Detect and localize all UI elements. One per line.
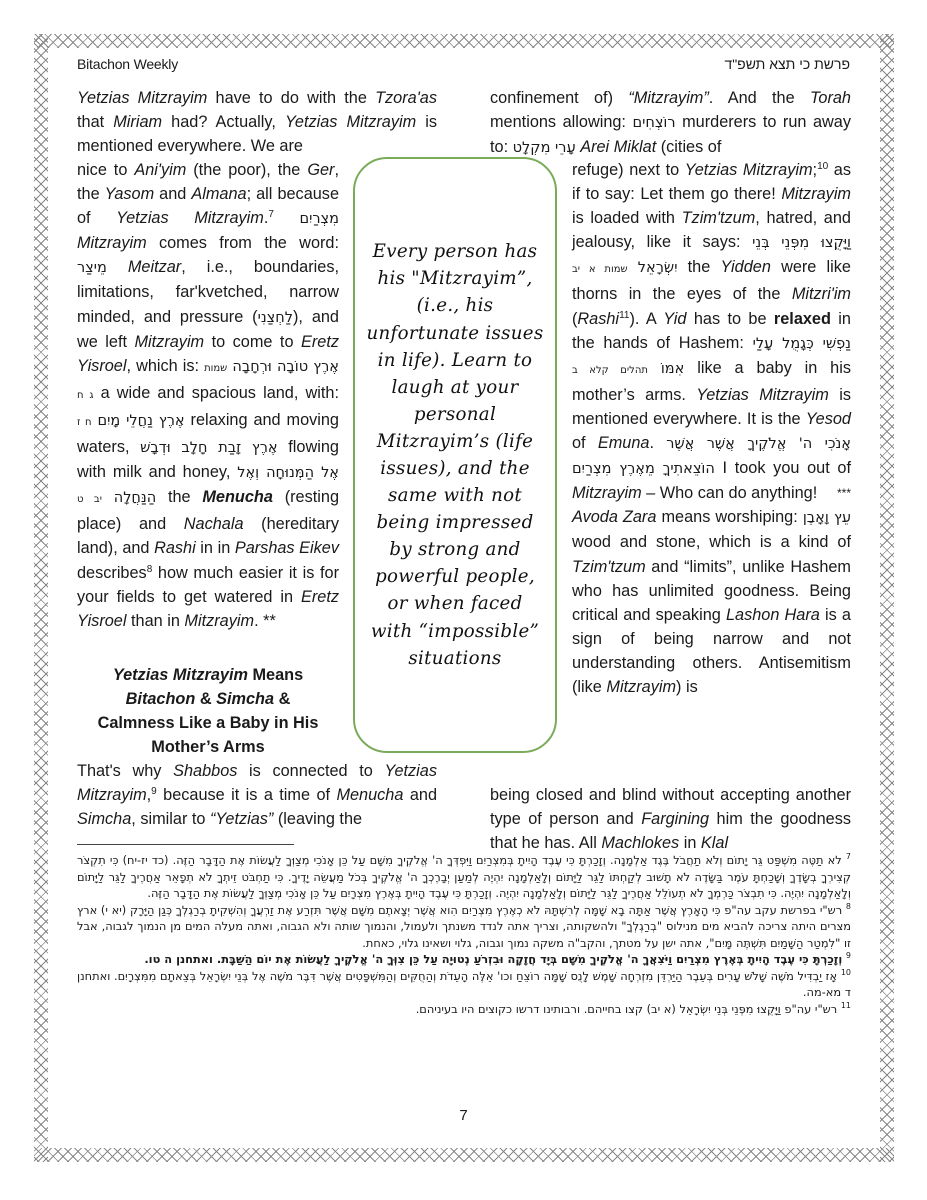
text: because it is a time of xyxy=(157,786,337,804)
paragraph: Yetzias Mitzrayim have to do with the Tz… xyxy=(77,86,437,158)
term: Simcha xyxy=(77,810,131,828)
text: , which is: xyxy=(126,357,204,375)
text: . And the xyxy=(709,89,810,107)
hebrew-reference: שמות א יב xyxy=(572,264,628,275)
footnote-separator xyxy=(77,844,294,845)
footnote-text: רש"י בפרשת עקב עה"פ כִּי הָאָרֶץ אֲשֶׁר … xyxy=(77,903,851,950)
text: (the poor), the xyxy=(186,161,307,179)
section-separator: *** xyxy=(837,481,851,505)
text: , similar to xyxy=(131,810,210,828)
term: Miriam xyxy=(113,113,162,131)
footnote-11: 11 רש"י עה"פ וַיָּקֻצוּ מִפְּנֵי בְּנֵי … xyxy=(77,1001,851,1018)
term: Torah xyxy=(810,89,851,107)
term: Machlokes xyxy=(601,834,679,852)
term: Menucha xyxy=(202,488,273,506)
term: Yesod xyxy=(806,410,851,428)
hebrew-text: מִצְרַיִם xyxy=(300,211,340,227)
text: nice to xyxy=(77,161,134,179)
text: and xyxy=(403,786,437,804)
text: to come to xyxy=(204,333,301,351)
term: Yetzias Mitzrayim xyxy=(77,89,207,107)
term: Yidden xyxy=(720,258,770,276)
paragraph: confinement of) “Mitzrayim”. And the Tor… xyxy=(490,86,851,160)
hebrew-text: אֶרֶץ זָבַת חָלָב וּדְבָשׁ xyxy=(140,440,277,456)
term: Yasom xyxy=(105,185,154,203)
footnote-ref-10[interactable]: 10 xyxy=(817,161,828,172)
heading-line: Bitachon & Simcha & xyxy=(77,687,339,711)
term: Ani'yim xyxy=(134,161,186,179)
text: had? Actually, xyxy=(162,113,285,131)
term: Meitzar xyxy=(128,258,181,276)
text: describes xyxy=(77,564,147,582)
footnote-number: 9 xyxy=(846,951,851,960)
parsha-title: פרשת כי תצא תשפ"ד xyxy=(724,56,850,72)
term: Yetzias xyxy=(285,113,338,131)
term: Tzim'tzum xyxy=(682,209,756,227)
left-column-bottom: That's why Shabbos is connected to Yetzi… xyxy=(77,759,437,831)
text: means worshiping: xyxy=(656,508,802,526)
footnote-number: 7 xyxy=(846,852,851,861)
hebrew-text: רוֹצְחִים xyxy=(632,115,675,131)
term: Yetzias Mitzrayim xyxy=(685,161,813,179)
section-heading: Yetzias Mitzrayim Means Bitachon & Simch… xyxy=(77,663,339,759)
right-column-mid: refuge) next to Yetzias Mitzrayim;10 as … xyxy=(572,158,851,699)
text: . xyxy=(649,434,666,452)
footnote-number: 11 xyxy=(841,1001,851,1010)
term: Emuna xyxy=(598,434,650,452)
term: Rashi xyxy=(577,310,619,328)
term: Bitachon xyxy=(126,690,196,708)
text: (leaving the xyxy=(273,810,362,828)
term: Lashon Hara xyxy=(726,606,820,624)
text: (cities of xyxy=(656,138,721,156)
page-number: 7 xyxy=(0,1107,927,1124)
border-left xyxy=(34,34,48,1162)
text: ) is xyxy=(676,678,698,696)
term: Shabbos xyxy=(173,762,237,780)
term: Ger xyxy=(307,161,334,179)
text: than in xyxy=(126,612,184,630)
term: Avoda Zara xyxy=(572,508,656,526)
text: has to be xyxy=(686,310,773,328)
term: Rashi xyxy=(154,539,196,557)
text: is loaded with xyxy=(572,209,682,227)
paragraph: Avoda Zara means worshiping: עֵץ וָאָבֶן… xyxy=(572,505,851,699)
text: That's why xyxy=(77,762,173,780)
text: have to do with the xyxy=(207,89,375,107)
text: – Who can do anything! xyxy=(642,484,818,502)
term: Yetzias Mitzrayim xyxy=(696,386,829,404)
text: the xyxy=(156,488,202,506)
footnote-number: 8 xyxy=(846,902,851,911)
term: Fargining xyxy=(641,810,709,828)
hebrew-reference: תהלים קלא ב xyxy=(572,365,648,376)
emphasis: relaxed xyxy=(774,310,831,328)
heading-line: Mother’s Arms xyxy=(77,735,339,759)
text: wood and stone, which is a kind of xyxy=(572,533,851,551)
footnote-number: 10 xyxy=(841,968,851,977)
term: Arei Miklat xyxy=(580,138,656,156)
text: & xyxy=(274,690,290,708)
hebrew-text: מֵיצַר xyxy=(77,260,107,276)
text: comes from the word: xyxy=(147,234,339,252)
text: in xyxy=(679,834,701,852)
paragraph: being closed and blind without accepting… xyxy=(490,783,851,855)
footnote-10: 10 אָז יַבְדִּיל מֹשֶׁה שָׁלֹשׁ עָרִים ב… xyxy=(77,968,851,1001)
term: Yetzias Mitzrayim xyxy=(116,209,264,227)
right-column-top: confinement of) “Mitzrayim”. And the Tor… xyxy=(490,86,851,160)
heading-line: Yetzias Mitzrayim Means xyxy=(77,663,339,687)
term: “Mitzrayim” xyxy=(628,89,708,107)
hebrew-text: עֵץ וָאָבֶן xyxy=(803,510,851,526)
term: Tzim'tzum xyxy=(572,558,646,576)
footnote-ref-11[interactable]: 11 xyxy=(619,310,629,321)
publication-title: Bitachon Weekly xyxy=(77,56,178,72)
term: Nachala xyxy=(184,515,244,533)
footnotes: 7 לא תַטֶּה מִשְׁפַּט גֵּר יָתוֹם וְלֹא … xyxy=(77,852,851,1017)
text: ). A xyxy=(629,310,663,328)
term: Mitzrayim xyxy=(781,185,851,203)
pull-quote-text: Every person has his "Mitzrayim”, (i.e.,… xyxy=(365,238,545,672)
term: Mitzrayim xyxy=(134,333,204,351)
hebrew-text: אֶרֶץ טוֹבָה וּרְחָבָה xyxy=(232,359,339,375)
text: the xyxy=(677,258,720,276)
hebrew-reference: ח ז xyxy=(77,417,92,428)
text: of xyxy=(572,434,598,452)
term: Almana xyxy=(191,185,246,203)
term: Mitzri'im xyxy=(792,285,851,303)
right-column-bottom: being closed and blind without accepting… xyxy=(490,783,851,855)
paragraph: That's why Shabbos is connected to Yetzi… xyxy=(77,759,437,831)
footnote-text: רש"י עה"פ וַיָּקֻצוּ מִפְּנֵי בְּנֵי יִש… xyxy=(416,1002,838,1016)
term: Yid xyxy=(663,310,686,328)
hebrew-reference: יב ט xyxy=(77,494,102,505)
footnote-7: 7 לא תַטֶּה מִשְׁפַּט גֵּר יָתוֹם וְלֹא … xyxy=(77,852,851,902)
text: that xyxy=(77,113,113,131)
pull-quote-box: Every person has his "Mitzrayim”, (i.e.,… xyxy=(353,157,557,753)
text: refuge) next to xyxy=(572,161,685,179)
term: Menucha xyxy=(336,786,403,804)
paragraph: nice to Ani'yim (the poor), the Ger, the… xyxy=(77,158,339,633)
footnote-8: 8 רש"י בפרשת עקב עה"פ כִּי הָאָרֶץ אֲשֶׁ… xyxy=(77,902,851,952)
page-header: Bitachon Weekly פרשת כי תצא תשפ"ד xyxy=(77,56,850,76)
term: Simcha xyxy=(216,690,274,708)
footnote-text: וְזָכַרְתָּ כִּי עֶבֶד הָיִיתָ בְּאֶרֶץ … xyxy=(144,952,842,966)
term: Tzora'as xyxy=(375,89,437,107)
text: in in xyxy=(196,539,235,557)
term: “Yetzias” xyxy=(210,810,273,828)
border-top xyxy=(34,34,894,48)
term: Yetzias Mitzrayim xyxy=(113,666,248,684)
heading-line: Calmness Like a Baby in His xyxy=(77,711,339,735)
footnote-ref-7[interactable]: 7 xyxy=(268,209,274,220)
hebrew-text: אֶרֶץ נַחֲלֵי מָיִם xyxy=(97,413,184,429)
border-right xyxy=(880,34,894,1162)
term: Mitzrayim xyxy=(77,234,147,252)
text: I took you out of xyxy=(715,459,851,477)
text: & xyxy=(195,690,216,708)
footnote-text: אָז יַבְדִּיל מֹשֶׁה שָׁלֹשׁ עָרִים בְּע… xyxy=(77,969,851,1000)
hebrew-text: לַחְצַנִי xyxy=(258,310,293,326)
paragraph: refuge) next to Yetzias Mitzrayim;10 as … xyxy=(572,158,851,505)
term: Parshas Eikev xyxy=(235,539,339,557)
term: Klal xyxy=(701,834,728,852)
text: is connected to xyxy=(237,762,384,780)
text: a wide and spacious land, with: xyxy=(93,384,339,402)
term: Mitzrayim xyxy=(572,484,642,502)
text: mentions allowing: xyxy=(490,113,632,131)
border-bottom xyxy=(34,1148,894,1162)
footnote-text: לא תַטֶּה מִשְׁפַּט גֵּר יָתוֹם וְלֹא תַ… xyxy=(77,853,851,900)
footnote-9: 9 וְזָכַרְתָּ כִּי עֶבֶד הָיִיתָ בְּאֶרֶ… xyxy=(77,951,851,968)
text: Means xyxy=(248,666,303,684)
text: and xyxy=(154,185,191,203)
term: Mitzrayim xyxy=(347,113,417,131)
term: Mitzrayim xyxy=(606,678,676,696)
hebrew-text: עָרֵי מִקְלָט xyxy=(513,140,576,156)
left-column-mid: nice to Ani'yim (the poor), the Ger, the… xyxy=(77,158,339,633)
text: confinement of) xyxy=(490,89,628,107)
left-column-top: Yetzias Mitzrayim have to do with the Tz… xyxy=(77,86,437,158)
text: . ** xyxy=(254,612,276,630)
term: Mitzrayim xyxy=(184,612,254,630)
